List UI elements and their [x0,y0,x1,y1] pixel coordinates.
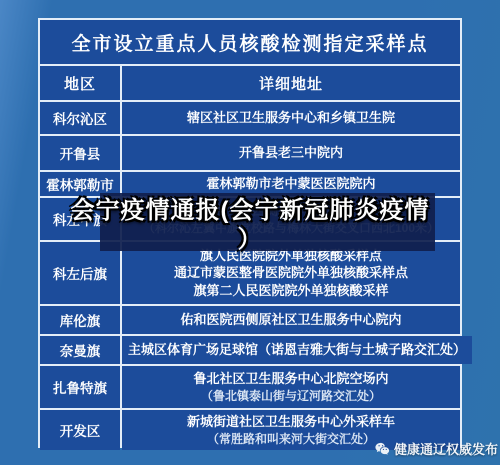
region-cell: 扎鲁特旗 [40,366,120,408]
address-line: 主城区体育广场足球馆（诺恩吉雅大街与土城子路交汇处） [128,341,466,359]
address-line: （常胜路和叫来河大街交汇处） [207,431,375,447]
address-line: 旗第二人民医院院外单独核酸采样 [193,282,388,300]
region-cell: 奈曼旗 [40,336,120,364]
address-cell: 辖区社区卫生服务中心和乡镇卫生院 [122,102,460,134]
watermark-text: 健康通辽权威发布 [394,439,498,458]
address-line: 新城街道社区卫生服务中心外采样车 [187,413,395,431]
header-address: 详细地址 [122,66,460,100]
table-row: 奈曼旗主城区体育广场足球馆（诺恩吉雅大街与土城子路交汇处） [40,336,460,364]
headline-line-2: ） [238,225,263,254]
table-header-row: 地区 详细地址 [40,66,460,100]
table-row: 科尔沁区辖区社区卫生服务中心和乡镇卫生院 [40,102,460,134]
table-row: 开鲁县开鲁县老三中院内 [40,136,460,170]
region-cell: 开鲁县 [40,136,120,170]
address-line: 鲁北社区卫生服务中心北院空场内 [193,370,388,388]
table-row: 扎鲁特旗鲁北社区卫生服务中心北院空场内（鲁北镇泰山街与辽河路交汇处） [40,366,460,408]
region-cell: 库伦旗 [40,306,120,334]
address-line: 开鲁县老三中院内 [239,144,343,162]
header-region: 地区 [40,66,120,100]
poster: 全市设立重点人员核酸检测指定采样点 地区 详细地址 科尔沁区辖区社区卫生服务中心… [0,0,500,465]
table-row: 库伦旗佑和医院西侧原社区卫生服务中心院内 [40,306,460,334]
region-cell: 科尔沁区 [40,102,120,134]
wechat-icon [374,440,391,457]
headline-title: 会宁疫情通报(会宁新冠肺炎疫情 ） [0,196,500,254]
watermark: 健康通辽权威发布 [374,439,498,458]
address-cell: 开鲁县老三中院内 [122,136,460,170]
address-line: 通辽市蒙医整骨医院院外单独核酸采样点 [174,264,408,282]
table-body: 科尔沁区辖区社区卫生服务中心和乡镇卫生院开鲁县开鲁县老三中院内霍林郭勒市霍林郭勒… [40,102,460,450]
headline-line-1: 会宁疫情通报(会宁新冠肺炎疫情 [71,196,430,225]
address-cell: 主城区体育广场足球馆（诺恩吉雅大街与土城子路交汇处） [122,336,472,364]
address-line: 佑和医院西侧原社区卫生服务中心院内 [180,311,401,329]
address-cell: 鲁北社区卫生服务中心北院空场内（鲁北镇泰山街与辽河路交汇处） [122,366,460,408]
address-cell: 佑和医院西侧原社区卫生服务中心院内 [122,306,460,334]
table-title: 全市设立重点人员核酸检测指定采样点 [40,20,460,64]
address-line: 霍林郭勒市老中蒙医医院院内 [206,175,375,193]
address-line: 辖区社区卫生服务中心和乡镇卫生院 [187,109,395,127]
address-line: （鲁北镇泰山街与辽河路交汇处） [201,388,381,404]
region-cell: 开发区 [40,410,120,450]
